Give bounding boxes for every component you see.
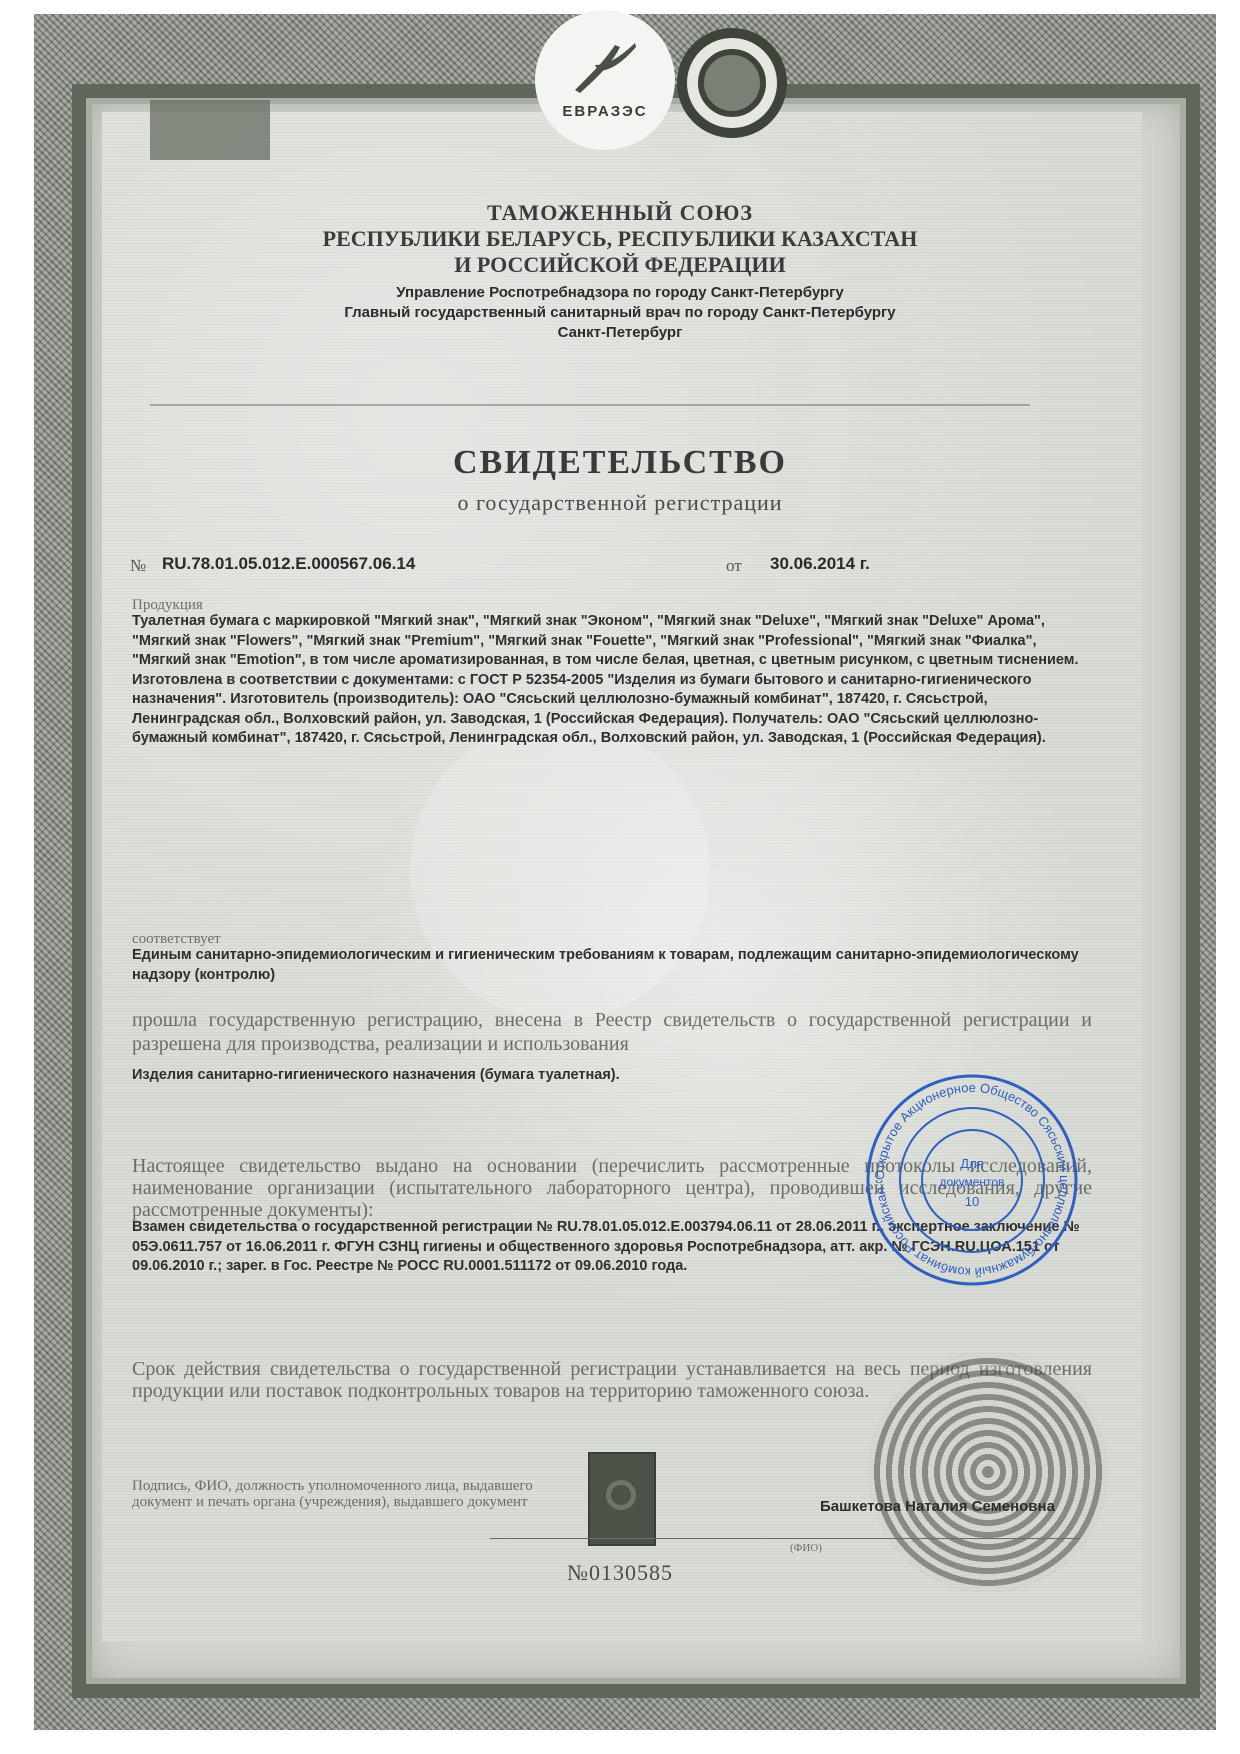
official-round-seal-icon xyxy=(868,1352,1108,1592)
signature-label: Подпись, ФИО, должность уполномоченного … xyxy=(132,1478,572,1510)
compliance-text: Единым санитарно-эпидемиологическим и ги… xyxy=(132,947,1079,983)
document-title: СВИДЕТЕЛЬСТВО xyxy=(0,444,1240,482)
evrazes-logo: ЕВРАЗЭС xyxy=(535,10,675,150)
document-subtitle: о государственной регистрации xyxy=(0,490,1240,516)
registration-date: 30.06.2014 г. xyxy=(770,554,870,574)
evrazes-label: ЕВРАЗЭС xyxy=(562,103,647,120)
compliance-section: соответствует Единым санитарно-эпидемиол… xyxy=(132,932,1092,985)
products-section: Продукция Туалетная бумага с маркировкой… xyxy=(132,598,1092,749)
registry-statement: прошла государственную регистрацию, внес… xyxy=(132,1008,1092,1056)
header-authority: Управление Роспотребнадзора по городу Са… xyxy=(0,284,1240,301)
header-chief-doctor: Главный государственный санитарный врач … xyxy=(0,304,1240,321)
stamp-center-3: 10 xyxy=(965,1194,979,1209)
date-label: от xyxy=(726,556,742,576)
evrazes-swoosh-icon xyxy=(570,35,640,95)
header-union: ТАМОЖЕННЫЙ СОЮЗ xyxy=(0,200,1240,226)
company-stamp-icon: Открытое Акционерное Общество Сясьский ц… xyxy=(862,1070,1082,1290)
state-emblem-icon xyxy=(150,100,270,160)
signature-line xyxy=(490,1538,1080,1539)
fio-caption: (ФИО) xyxy=(790,1542,822,1554)
stamp-center-1: Для xyxy=(960,1156,983,1171)
compliance-label: соответствует xyxy=(132,932,1092,946)
hologram-icon xyxy=(588,1452,656,1546)
products-label: Продукция xyxy=(132,598,1092,612)
form-serial-number: №0130585 xyxy=(0,1560,1240,1586)
usage-text: Изделия санитарно-гигиенического назначе… xyxy=(132,1067,620,1083)
header-russian-federation: И РОССИЙСКОЙ ФЕДЕРАЦИИ xyxy=(0,252,1240,278)
products-text: Туалетная бумага с маркировкой "Мягкий з… xyxy=(132,613,1079,746)
registration-number: RU.78.01.05.012.E.000567.06.14 xyxy=(162,554,415,574)
header-city: Санкт-Петербург xyxy=(0,324,1240,341)
stamp-center-2: документов xyxy=(940,1175,1005,1189)
divider xyxy=(150,404,1030,406)
number-label: № xyxy=(130,556,146,576)
union-seal-icon xyxy=(677,28,787,138)
signer-name: Башкетова Наталия Семеновна xyxy=(820,1498,1055,1515)
header-republics: РЕСПУБЛИКИ БЕЛАРУСЬ, РЕСПУБЛИКИ КАЗАХСТА… xyxy=(0,226,1240,252)
